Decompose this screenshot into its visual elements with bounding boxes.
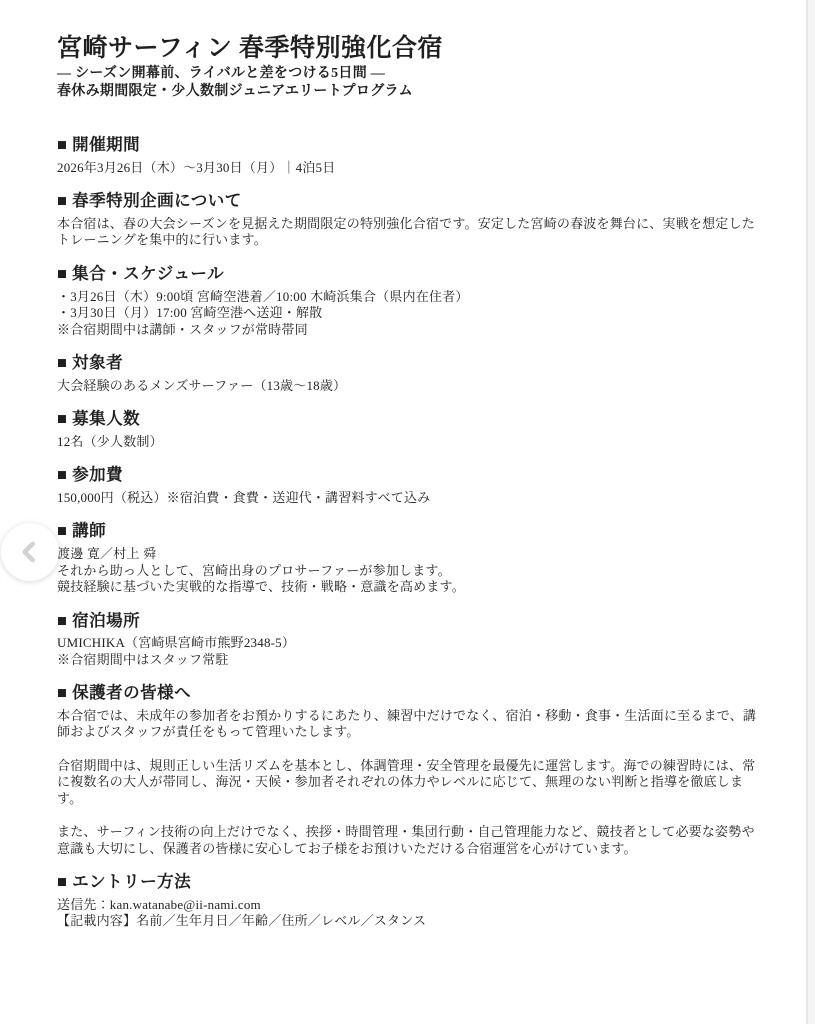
section-paragraph: 150,000円（税込）※宿泊費・食費・送迎代・講習料すべて込み bbox=[57, 490, 764, 507]
section-paragraph: 12名（少人数制） bbox=[57, 434, 764, 451]
page-title: 宮崎サーフィン 春季特別強化合宿 bbox=[57, 34, 764, 64]
section-body: 本合宿は、春の大会シーズンを見据えた期間限定の特別強化合宿です。安定した宮崎の春… bbox=[57, 216, 764, 249]
section: ■ 保護者の皆様へ 本合宿では、未成年の参加者をお預かりするにあたり、練習中だけ… bbox=[57, 683, 764, 857]
right-edge-gutter bbox=[806, 0, 815, 1024]
section-body: 大会経験のあるメンズサーファー（13歳〜18歳） bbox=[57, 378, 764, 395]
section-paragraph: 合宿期間中は、規則正しい生活リズムを基本とし、体調管理・安全管理を最優先に運営し… bbox=[57, 758, 764, 808]
subtitle-line-2: 春休み期間限定・少人数制ジュニアエリートプログラム bbox=[57, 83, 764, 100]
section-paragraph: それから助っ人として、宮崎出身のプロサーファーが参加します。 bbox=[57, 563, 764, 580]
section-body: 2026年3月26日（木）〜3月30日（月）｜4泊5日 bbox=[57, 160, 764, 177]
subtitle-line-1: ― シーズン開幕前、ライバルと差をつける5日間 ― bbox=[57, 65, 764, 82]
section-heading: ■ 講師 bbox=[57, 521, 764, 542]
section-paragraph: 【記載内容】名前／生年月日／年齢／住所／レベル／スタンス bbox=[57, 913, 764, 930]
section-paragraph: 本合宿では、未成年の参加者をお預かりするにあたり、練習中だけでなく、宿泊・移動・… bbox=[57, 708, 764, 741]
section-heading: ■ 春季特別企画について bbox=[57, 191, 764, 212]
section-paragraph: 2026年3月26日（木）〜3月30日（月）｜4泊5日 bbox=[57, 160, 764, 177]
section-body: 12名（少人数制） bbox=[57, 434, 764, 451]
section-paragraph: 本合宿は、春の大会シーズンを見据えた期間限定の特別強化合宿です。安定した宮崎の春… bbox=[57, 216, 764, 249]
section-body: ・3月26日（木）9:00頃 宮崎空港着／10:00 木崎浜集合（県内在住者）・… bbox=[57, 289, 764, 339]
section: ■ 開催期間 2026年3月26日（木）〜3月30日（月）｜4泊5日 bbox=[57, 135, 764, 176]
section-heading: ■ 募集人数 bbox=[57, 409, 764, 430]
section-body: 本合宿では、未成年の参加者をお預かりするにあたり、練習中だけでなく、宿泊・移動・… bbox=[57, 708, 764, 858]
section-heading: ■ 対象者 bbox=[57, 353, 764, 374]
section-paragraph: 渡邊 寛／村上 舜 bbox=[57, 546, 764, 563]
section-paragraph: 大会経験のあるメンズサーファー（13歳〜18歳） bbox=[57, 378, 764, 395]
section: ■ 講師 渡邊 寛／村上 舜それから助っ人として、宮崎出身のプロサーファーが参加… bbox=[57, 521, 764, 595]
section-paragraph: また、サーフィン技術の向上だけでなく、挨拶・時間管理・集団行動・自己管理能力など… bbox=[57, 824, 764, 857]
section: ■ 参加費 150,000円（税込）※宿泊費・食費・送迎代・講習料すべて込み bbox=[57, 465, 764, 506]
section-heading: ■ 開催期間 bbox=[57, 135, 764, 156]
document: 宮崎サーフィン 春季特別強化合宿 ― シーズン開幕前、ライバルと差をつける5日間… bbox=[0, 0, 806, 1024]
section-paragraph: ※合宿期間中は講師・スタッフが常時帯同 bbox=[57, 322, 764, 339]
section-paragraph: ※合宿期間中はスタッフ常駐 bbox=[57, 652, 764, 669]
sections: ■ 開催期間 2026年3月26日（木）〜3月30日（月）｜4泊5日 ■ 春季特… bbox=[57, 135, 764, 930]
section: ■ エントリー方法 送信先：kan.watanabe@ii-nami.com【記… bbox=[57, 872, 764, 930]
section: ■ 宿泊場所 UMICHIKA（宮崎県宮崎市熊野2348-5）※合宿期間中はスタ… bbox=[57, 611, 764, 669]
section-body: UMICHIKA（宮崎県宮崎市熊野2348-5）※合宿期間中はスタッフ常駐 bbox=[57, 635, 764, 668]
section: ■ 対象者 大会経験のあるメンズサーファー（13歳〜18歳） bbox=[57, 353, 764, 394]
section-body: 渡邊 寛／村上 舜それから助っ人として、宮崎出身のプロサーファーが参加します。競… bbox=[57, 546, 764, 596]
chevron-left-icon bbox=[17, 539, 43, 565]
section: ■ 募集人数 12名（少人数制） bbox=[57, 409, 764, 450]
section-heading: ■ 集合・スケジュール bbox=[57, 264, 764, 285]
section-paragraph: ・3月26日（木）9:00頃 宮崎空港着／10:00 木崎浜集合（県内在住者） bbox=[57, 289, 764, 306]
section-heading: ■ 保護者の皆様へ bbox=[57, 683, 764, 704]
section-heading: ■ 参加費 bbox=[57, 465, 764, 486]
section-heading: ■ 宿泊場所 bbox=[57, 611, 764, 632]
page-background: 宮崎サーフィン 春季特別強化合宿 ― シーズン開幕前、ライバルと差をつける5日間… bbox=[0, 0, 815, 1024]
section-paragraph: UMICHIKA（宮崎県宮崎市熊野2348-5） bbox=[57, 635, 764, 652]
section-body: 送信先：kan.watanabe@ii-nami.com【記載内容】名前／生年月… bbox=[57, 897, 764, 930]
section-paragraph: 送信先：kan.watanabe@ii-nami.com bbox=[57, 897, 764, 914]
section-body: 150,000円（税込）※宿泊費・食費・送迎代・講習料すべて込み bbox=[57, 490, 764, 507]
section-heading: ■ エントリー方法 bbox=[57, 872, 764, 893]
section: ■ 集合・スケジュール ・3月26日（木）9:00頃 宮崎空港着／10:00 木… bbox=[57, 264, 764, 338]
section-paragraph: ・3月30日（月）17:00 宮崎空港へ送迎・解散 bbox=[57, 305, 764, 322]
carousel-prev-button[interactable] bbox=[1, 523, 59, 581]
section: ■ 春季特別企画について 本合宿は、春の大会シーズンを見据えた期間限定の特別強化… bbox=[57, 191, 764, 249]
section-paragraph: 競技経験に基づいた実戦的な指導で、技術・戦略・意識を高めます。 bbox=[57, 579, 764, 596]
